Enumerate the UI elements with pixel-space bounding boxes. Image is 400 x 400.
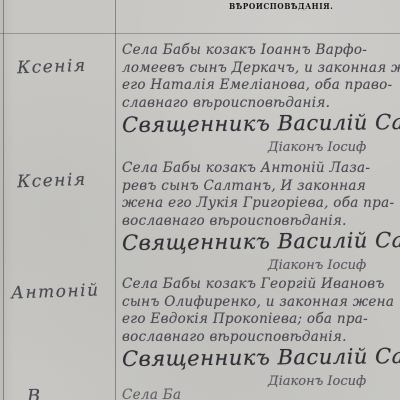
register-entry: Села Бабы козакъ Антоній Лаза- ревъ сынъ… [122,160,400,273]
entry-name-partial: В [27,386,42,400]
header-rule-line [0,33,400,34]
entry-text-line: Села Ба [122,387,400,400]
entry-name: Антоній [11,280,100,303]
register-entry: Села Бабы козакъ Іоаннъ Варфо- ломеевъ с… [122,42,400,155]
register-entry-partial: Села Ба [122,387,400,400]
scanned-register-page: ВѢРОИСПОВѢДАНІЯ. Ксенія Села Бабы козакъ… [0,0,400,400]
priest-signature: Священникъ Василій Сам [122,228,400,256]
deacon-signature: Діаконъ Іосиф [268,140,400,155]
deacon-signature: Діаконъ Іосиф [268,258,400,273]
entry-text-line: ломеевъ сынъ Деркачъ, и законная жена [122,60,400,78]
entry-text-line: Села Бабы козакъ Іоаннъ Варфо- [122,42,400,60]
entry-text-line: его Наталія Емеліанова, оба право- [122,77,400,95]
entry-text-line: Села Бабы козакъ Антоній Лаза- [122,160,400,178]
entry-name: Ксенія [17,170,87,192]
printed-column-header: ВѢРОИСПОВѢДАНІЯ. [229,1,333,11]
entry-text-line: славнаго вѣроисповѣданія. [122,95,400,113]
priest-signature: Священникъ Василій Самбуре [122,110,400,138]
entry-name: Ксенія [17,56,87,78]
entry-text-line: его Евдокія Прокопіева; оба пра- [122,311,400,329]
column-divider-line [115,0,116,400]
priest-signature: Священникъ Василій Самбур [122,344,400,372]
entry-text-line: жена его Лукія Григоріева, оба пра- [122,195,400,213]
entry-text-line: ревъ сынъ Салтанъ, И законная [122,178,400,196]
entry-text-line: сынъ Олифиренко, и законная жена [122,294,400,312]
entry-text-line: вославнаго вѣроисповѣданія. [122,213,400,231]
entry-text-line: вославнаго вѣроисповѣданія. [122,329,400,347]
page-left-border-line [3,0,4,400]
entry-text-line: Села Бабы козакъ Георгій Ивановъ [122,276,400,294]
register-entry: Села Бабы козакъ Георгій Ивановъ сынъ Ол… [122,276,400,389]
